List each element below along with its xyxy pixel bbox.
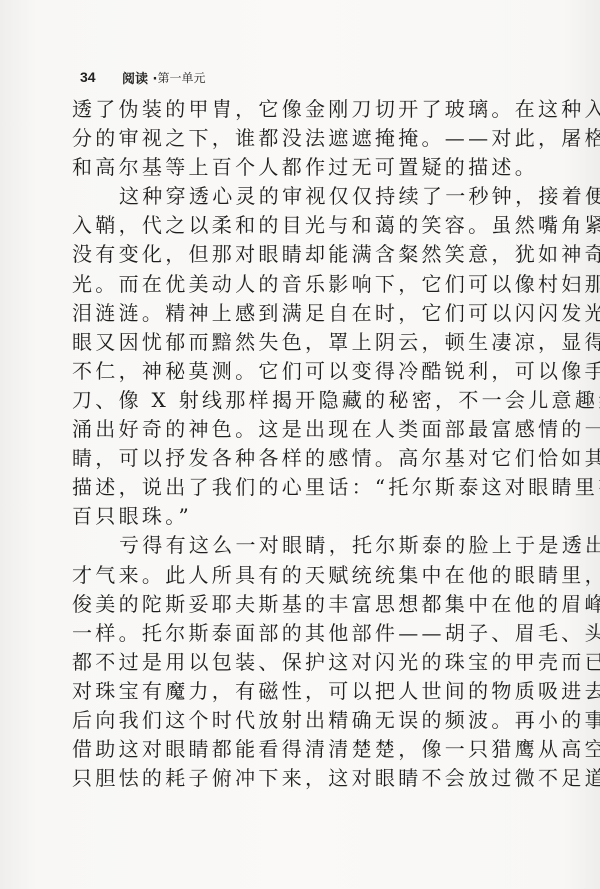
unit-title: 第一单元 <box>157 69 205 86</box>
text-line: 后向我们这个时代放射出精确无误的频波。再小的事物， <box>72 706 542 735</box>
text-line: 刀、像 X 射线那样揭开隐藏的秘密，不一会儿意趣盎然地 <box>72 386 542 415</box>
body-text: 透了伪装的甲胄，它像金刚刀切开了玻璃。在这种入木三分的审视之下，谁都没法遮遮掩掩… <box>72 95 542 793</box>
text-line: 没有变化，但那对眼睛却能满含粲然笑意，犹如神奇的星 <box>72 240 542 269</box>
text-line: 光。而在优美动人的音乐影响下，它们可以像村妇那样热 <box>72 270 542 299</box>
text-line: 都不过是用以包装、保护这对闪光的珠宝的甲壳而已，这 <box>72 648 542 677</box>
text-line: 亏得有这么一对眼睛，托尔斯泰的脸上于是透出一股 <box>72 531 542 560</box>
book-page: 34 阅读 · 第一单元 透了伪装的甲胄，它像金刚刀切开了玻璃。在这种入木三分的… <box>0 0 600 889</box>
text-line: 俊美的陀斯妥耶夫斯基的丰富思想都集中在他的眉峰之间 <box>72 590 542 619</box>
text-line: 和高尔基等上百个人都作过无可置疑的描述。 <box>72 153 542 182</box>
text-line: 分的审视之下，谁都没法遮遮掩掩。——对此，屠格涅夫 <box>72 124 542 153</box>
text-line: 只胆怯的耗子俯冲下来，这对眼睛不会放过微不足道的细 <box>72 764 542 793</box>
text-line: 这种穿透心灵的审视仅仅持续了一秒钟，接着便刀剑 <box>72 182 542 211</box>
text-line: 泪涟涟。精神上感到满足自在时，它们可以闪闪发光，转 <box>72 299 542 328</box>
text-line: 才气来。此人所具有的天赋统统集中在他的眼睛里，就像 <box>72 561 542 590</box>
text-line: 睛，可以抒发各种各样的感情。高尔基对它们恰如其分的 <box>72 444 542 473</box>
text-line: 借助这对眼睛都能看得清清楚楚，像一只猎鹰从高空朝一 <box>72 735 542 764</box>
text-line: 入鞘，代之以柔和的目光与和蔼的笑容。虽然嘴角紧闭， <box>72 211 542 240</box>
page-number: 34 <box>80 69 122 85</box>
text-line: 眼又因忧郁而黯然失色，罩上阴云，顿生凄凉，显得麻木 <box>72 328 542 357</box>
text-line: 不仁，神秘莫测。它们可以变得冷酷锐利，可以像手术 <box>72 357 542 386</box>
running-header: 34 阅读 · 第一单元 <box>80 68 205 86</box>
text-line: 透了伪装的甲胄，它像金刚刀切开了玻璃。在这种入木三 <box>72 95 542 124</box>
text-line: 百只眼珠。” <box>72 502 542 531</box>
text-line: 对珠宝有魔力，有磁性，可以把人世间的物质吸进去，然 <box>72 677 542 706</box>
text-line: 涌出好奇的神色。这是出现在人类面部最富感情的一对眼 <box>72 415 542 444</box>
text-line: 描述，说出了我们的心里话：“托尔斯泰这对眼睛里有一 <box>72 473 542 502</box>
text-line: 一样。托尔斯泰面部的其他部件——胡子、眉毛、头发， <box>72 619 542 648</box>
section-title: 阅读 · <box>122 68 157 87</box>
